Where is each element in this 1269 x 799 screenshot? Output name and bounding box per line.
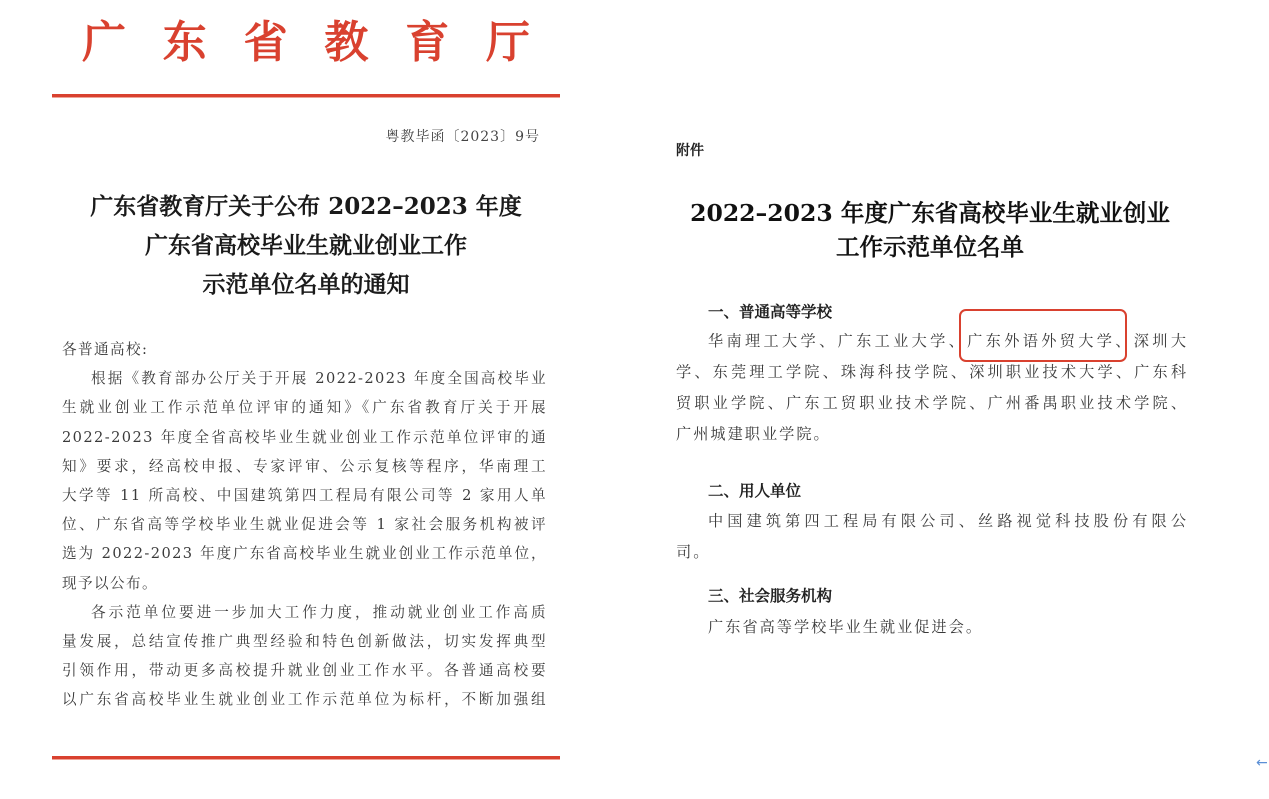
section-heading-service-orgs: 三、社会服务机构 [708, 584, 832, 606]
letterhead-char: 教 [324, 8, 368, 78]
text-line: 以广东省高校毕业生就业创业工作示范单位为标杆，不断加强组 [62, 685, 547, 714]
back-arrow-icon[interactable]: ← [1256, 756, 1268, 770]
text-line: 广东省高等学校毕业生就业促进会。 [676, 612, 1188, 643]
text-line: 中国建筑第四工程局有限公司、丝路视觉科技股份有限公 [676, 506, 1188, 537]
text-line: 司。 [676, 537, 1188, 568]
text-line: 知》要求，经高校申报、专家评审、公示复核等程序，华南理工 [62, 452, 547, 481]
text-line: 各示范单位要进一步加大工作力度，推动就业创业工作高质 [62, 598, 547, 627]
text-line: 选为 2022-2023 年度广东省高校毕业生就业创业工作示范单位， [62, 539, 547, 568]
letterhead-char: 育 [405, 8, 449, 78]
text-line: 大学等 11 所高校、中国建筑第四工程局有限公司等 2 家用人单 [62, 481, 547, 510]
section-body-employers: 中国建筑第四工程局有限公司、丝路视觉科技股份有限公 司。 [676, 506, 1188, 568]
document-number: 粤教毕函〔2023〕9号 [385, 126, 540, 146]
letterhead-char: 东 [163, 8, 207, 78]
text-line: 位、广东省高等学校毕业生就业促进会等 1 家社会服务机构被评 [62, 510, 547, 539]
letterhead-char: 厅 [486, 8, 530, 78]
letterhead: 广 东 省 教 育 厅 [52, 8, 560, 78]
text-line: 现予以公布。 [62, 569, 547, 598]
notice-body: 各普通高校: 根据《教育部办公厅关于开展 2022-2023 年度全国高校毕业 … [62, 335, 547, 715]
section-body-universities: 华南理工大学、广东工业大学、广东外语外贸大学、深圳大 学、东莞理工学院、珠海科技… [676, 326, 1188, 450]
text-line: 引领作用，带动更多高校提升就业创业工作水平。各普通高校要 [62, 656, 547, 685]
salutation: 各普通高校: [62, 335, 547, 364]
section-body-service-orgs: 广东省高等学校毕业生就业促进会。 [676, 612, 1188, 643]
text-line: 2022-2023 年度全省高校毕业生就业创业工作示范单位评审的通 [62, 423, 547, 452]
text-line: 广州城建职业学院。 [676, 419, 1188, 450]
footer-divider [52, 756, 560, 759]
title-line: 广东省教育厅关于公布 2022–2023 年度 [52, 187, 560, 226]
text-line: 华南理工大学、广东工业大学、广东外语外贸大学、深圳大 [676, 326, 1188, 357]
text-line: 学、东莞理工学院、珠海科技学院、深圳职业技术大学、广东科 [676, 357, 1188, 388]
text-line: 生就业创业工作示范单位评审的通知》《广东省教育厅关于开展 [62, 393, 547, 422]
text-line: 根据《教育部办公厅关于开展 2022-2023 年度全国高校毕业 [62, 364, 547, 393]
notice-title: 广东省教育厅关于公布 2022–2023 年度 广东省高校毕业生就业创业工作 示… [52, 187, 560, 304]
list-title: 2022–2023 年度广东省高校毕业生就业创业 工作示范单位名单 [672, 196, 1188, 264]
attachment-label: 附件 [676, 140, 704, 160]
title-line: 2022–2023 年度广东省高校毕业生就业创业 [672, 196, 1188, 230]
text-line: 贸职业学院、广东工贸职业技术学院、广州番禺职业技术学院、 [676, 388, 1188, 419]
letterhead-char: 广 [82, 8, 126, 78]
letterhead-char: 省 [244, 8, 288, 78]
title-line: 工作示范单位名单 [672, 230, 1188, 264]
letterhead-divider [52, 94, 560, 97]
paragraph-1: 根据《教育部办公厅关于开展 2022-2023 年度全国高校毕业 生就业创业工作… [62, 364, 547, 598]
text-line: 量发展，总结宣传推广典型经验和特色创新做法，切实发挥典型 [62, 627, 547, 656]
section-heading-employers: 二、用人单位 [708, 479, 801, 501]
notice-page: 广 东 省 教 育 厅 粤教毕函〔2023〕9号 广东省教育厅关于公布 2022… [52, 0, 560, 799]
paragraph-2: 各示范单位要进一步加大工作力度，推动就业创业工作高质 量发展，总结宣传推广典型经… [62, 598, 547, 715]
attachment-page: 附件 2022–2023 年度广东省高校毕业生就业创业 工作示范单位名单 一、普… [672, 0, 1192, 799]
section-heading-universities: 一、普通高等学校 [708, 300, 832, 322]
title-line: 广东省高校毕业生就业创业工作 [52, 226, 560, 265]
title-line: 示范单位名单的通知 [52, 265, 560, 304]
